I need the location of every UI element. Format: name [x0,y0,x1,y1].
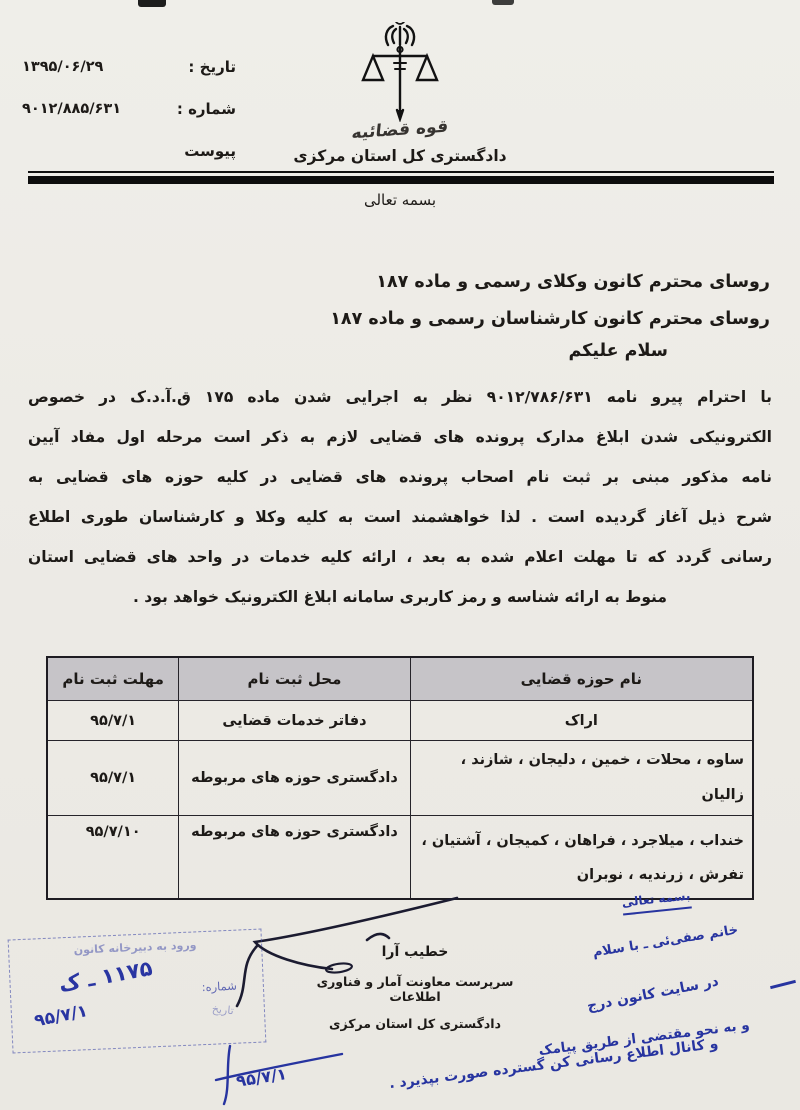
stamp-title: ورود به دبیرخانه کانون [9,936,261,960]
signer-title: سرپرست معاونت آمار و فناوری اطلاعات [300,974,530,1004]
recipient-headings: روسای محترم کانون وکلای رسمی و ماده ۱۸۷ … [330,264,770,338]
cell-district: ساوه ، محلات ، خمین ، دلیجان ، شازند ، ز… [410,741,753,816]
number-row: شماره : ۹۰۱۲/۸۸۵/۶۳۱ [22,88,236,130]
col-header-registration-place: محل ثبت نام [179,657,410,701]
body-line: منوط به ارائه شناسه و رمز کاربری سامانه … [28,577,772,617]
organization-title: دادگستری کل استان مرکزی [0,147,800,165]
body-line: الکترونیکی شدن ابلاغ مدارک پرونده های قض… [28,417,772,457]
handwritten-greeting: خانم صفی‌ئی ـ با سلام [592,923,739,961]
header-divider-thin [28,171,774,173]
cell-place: دادگستری حوزه های مربوطه [179,741,410,816]
handwriting-edge-stroke [770,980,796,989]
body-line: شرح ذیل آغاز گردیده است . لذا خواهشمند ا… [28,497,772,537]
recipient-line-1: روسای محترم کانون وکلای رسمی و ماده ۱۸۷ [330,264,770,301]
signer-organization: دادگستری کل استان مرکزی [300,1016,530,1031]
date-label: تاریخ : [188,58,236,76]
number-value: ۹۰۱۲/۸۸۵/۶۳۱ [22,101,121,117]
registration-deadlines-table: نام حوزه قضایی محل ثبت نام مهلت ثبت نام … [46,656,754,900]
body-line: نامه مذکور مبنی بر ثبت نام اصحاب پرونده … [28,457,772,497]
table-row: اراک دفاتر خدمات قضایی ۹۵/۷/۱ [47,701,753,741]
stamp-number-label: شماره: [201,979,237,995]
date-value: ۱۳۹۵/۰۶/۲۹ [22,59,103,75]
cell-district: اراک [410,701,753,741]
letterhead-logo: قوه قضائیه [318,22,482,140]
secretariat-entry-stamp: ورود به دبیرخانه کانون شماره: تاریخ ۱۱۷۵… [8,929,267,1054]
signer-name: خطیب آرا [300,944,530,960]
number-label: شماره : [177,100,236,118]
body-paragraph: با احترام پیرو نامه ۹۰۱۲/۷۸۶/۶۳۱ نظر به … [28,377,772,617]
stamp-date-handwritten: ۹۵/۷/۱ [33,1001,90,1031]
handwritten-flourish-icon [190,1038,350,1108]
table-header-row: نام حوزه قضایی محل ثبت نام مهلت ثبت نام [47,657,753,701]
header-divider-thick [28,176,774,184]
scan-artifact [492,0,514,5]
besmellah-line: بسمه تعالی [0,191,800,209]
cell-place: دفاتر خدمات قضایی [179,701,410,741]
judiciary-scales-icon [354,22,446,122]
scan-artifact [138,0,166,7]
recipient-line-2: روسای محترم کانون کارشناسان رسمی و ماده … [330,301,770,338]
cell-deadline: ۹۵/۷/۱ [47,701,179,741]
col-header-judicial-district: نام حوزه قضایی [410,657,753,701]
date-row: تاریخ : ۱۳۹۵/۰۶/۲۹ [22,46,236,88]
stamp-number-handwritten: ۱۱۷۵ ـ ک [57,956,154,997]
salutation: سلام علیکم [568,341,668,361]
signature-block: خطیب آرا سرپرست معاونت آمار و فناوری اطل… [300,944,530,1031]
body-line: با احترام پیرو نامه ۹۰۱۲/۷۸۶/۶۳۱ نظر به … [28,377,772,417]
col-header-registration-deadline: مهلت ثبت نام [47,657,179,701]
body-line: رسانی گردد که تا مهلت اعلام شده به بعد ،… [28,537,772,577]
handwritten-note-line: در سایت کانون درج [586,973,720,1014]
stamp-date-label: تاریخ [211,1002,234,1017]
table-row: ساوه ، محلات ، خمین ، دلیجان ، شازند ، ز… [47,741,753,816]
cell-deadline: ۹۵/۷/۱ [47,741,179,816]
cell-deadline: ۹۵/۷/۱۰ [47,815,179,899]
document-page: تاریخ : ۱۳۹۵/۰۶/۲۹ شماره : ۹۰۱۲/۸۸۵/۶۳۱ … [0,0,800,1110]
